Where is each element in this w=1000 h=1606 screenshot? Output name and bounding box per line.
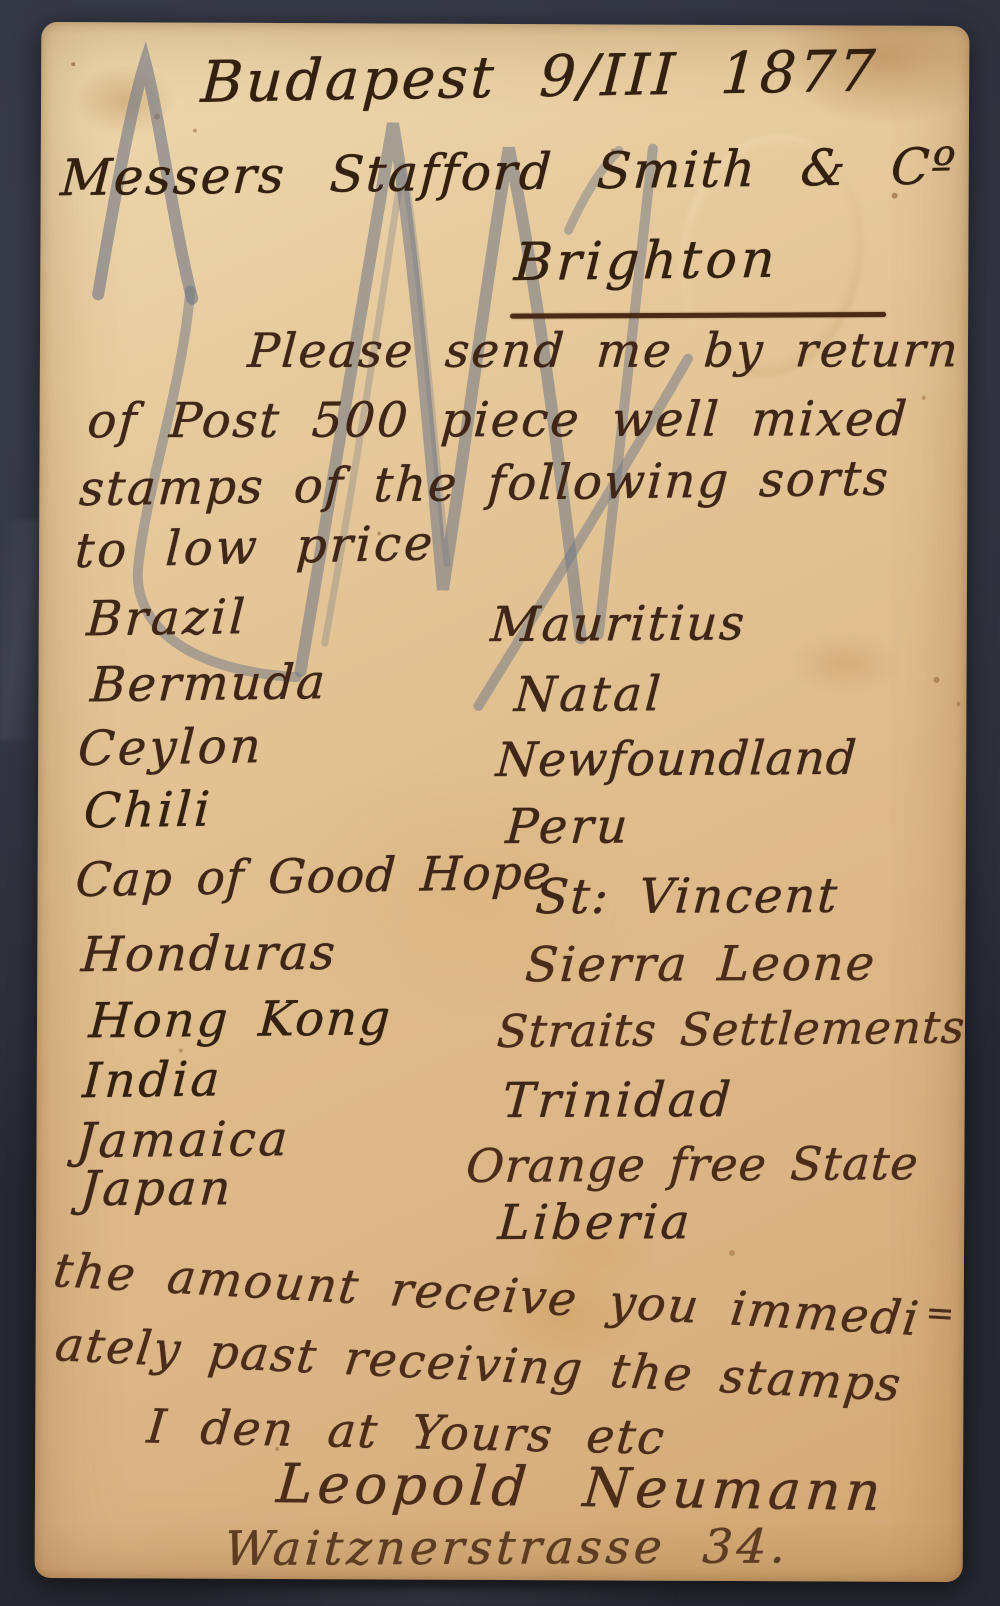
country-left-cap-of-good-hope: Cap of Good Hope — [74, 846, 553, 908]
country-right-trinidad: Trinidad — [501, 1073, 735, 1129]
country-left-brazil: Brazil — [85, 590, 249, 647]
signature-address-text: Waitznerstrasse 34. — [223, 1520, 791, 1577]
country-right-peru: Peru — [504, 799, 632, 855]
destination-text: Brighton — [513, 231, 781, 294]
country-right-straits-settlements: Straits Settlements — [495, 1001, 966, 1057]
country-right-liberia: Liberia — [496, 1195, 694, 1251]
mount-scuff-left — [0, 520, 40, 740]
country-left-bermuda: Bermuda — [89, 655, 329, 713]
line-break-hyphen: = — [925, 1294, 956, 1335]
country-right-mauritius: Mauritius — [489, 596, 748, 653]
country-left-chili: Chili — [82, 782, 214, 839]
request-line-1: Please send me by return — [246, 324, 961, 379]
request-line-4: to low price — [74, 516, 437, 579]
country-left-honduras: Honduras — [80, 926, 339, 984]
request-line-3: stamps of the following sorts — [78, 452, 892, 518]
country-right-natal: Natal — [513, 667, 665, 723]
country-left-india: India — [81, 1052, 224, 1109]
country-left-japan: Japan — [79, 1161, 236, 1217]
mount-scuff-bottom — [180, 1588, 680, 1606]
postcard: Budapest 9/III 1877 Messers Stafford Smi… — [35, 22, 970, 1582]
destination-underline — [510, 312, 886, 319]
country-left-ceylon: Ceylon — [77, 719, 265, 777]
country-left-hong-kong: Hong Kong — [87, 991, 393, 1049]
country-right-newfoundland: Newfoundland — [494, 732, 858, 788]
dateline-text: Budapest 9/III 1877 — [199, 39, 879, 116]
addressee-text: Messers Stafford Smith & Cº — [59, 138, 958, 207]
request-line-2: of Post 500 piece well mixed — [86, 392, 910, 449]
country-right-sierra-leone: Sierra Leone — [523, 937, 878, 994]
country-right-st-vincent: St: Vincent — [534, 869, 841, 926]
country-right-orange-free-state: Orange free State — [465, 1137, 921, 1193]
foxing-spots — [71, 62, 75, 66]
signature-text: Leopold Neumann — [274, 1453, 887, 1523]
scan-mount-background: Budapest 9/III 1877 Messers Stafford Smi… — [0, 0, 1000, 1606]
